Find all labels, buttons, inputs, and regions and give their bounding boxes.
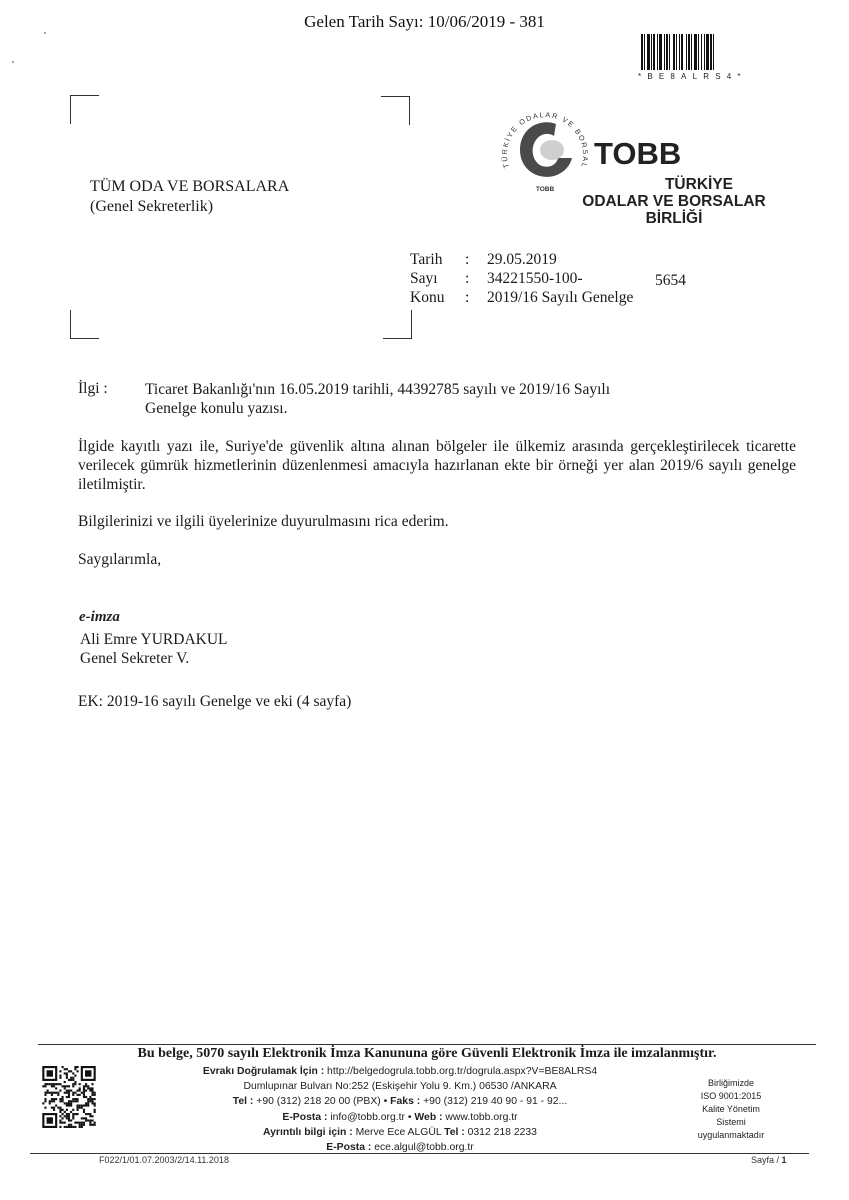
fax-value: +90 (312) 219 40 90 - 91 - 92...: [423, 1096, 567, 1107]
svg-text:TÜRKİYE ODALAR VE BORSALAR BİR: TÜRKİYE ODALAR VE BORSALAR BİRLİĞİ: [496, 100, 590, 170]
contact-email[interactable]: ece.algul@tobb.org.tr: [374, 1142, 474, 1153]
email-label: E-Posta :: [282, 1112, 330, 1123]
address-line: Dumlupınar Bulvarı No:252 (Eskişehir Yol…: [150, 1079, 650, 1094]
closing-salutation: Saygılarımla,: [78, 551, 161, 569]
contact-label: Ayrıntılı bilgi için :: [263, 1127, 356, 1138]
footer-divider-bottom: [30, 1153, 809, 1154]
fax-label: Faks :: [390, 1096, 423, 1107]
contact-person-line: Ayrıntılı bilgi için : Merve Ece ALGÜL T…: [150, 1125, 650, 1140]
barcode-text: *BE8ALRS4*: [638, 72, 766, 81]
address-corner-mark-bottom-right: [383, 310, 412, 339]
address-corner-mark-bottom-left: [70, 310, 99, 339]
scan-speck: [44, 32, 46, 34]
e-signature-legal-notice: Bu belge, 5070 sayılı Elektronik İmza Ka…: [38, 1046, 816, 1062]
e-signature-mark: e-imza: [79, 609, 120, 626]
page-label: Sayfa /: [751, 1155, 779, 1165]
email-value[interactable]: info@tobb.org.tr: [330, 1112, 408, 1123]
org-line-1: TÜRKİYE: [550, 176, 798, 193]
verify-url[interactable]: http://belgedogrula.tobb.org.tr/dogrula.…: [327, 1066, 597, 1077]
contact-tel: 0312 218 2233: [468, 1127, 537, 1138]
iso-line: Sistemi: [665, 1116, 797, 1129]
emblem-ring-text: TÜRKİYE ODALAR VE BORSALAR BİRLİĞİ: [496, 100, 590, 170]
meta-value-date: 29.05.2019: [487, 250, 557, 269]
attachment-note: EK: 2019-16 sayılı Genelge ve eki (4 say…: [78, 693, 351, 711]
contact-tel-label: Tel :: [444, 1127, 467, 1138]
reference-text: Ticaret Bakanlığı'nın 16.05.2019 tarihli…: [145, 380, 655, 418]
recipient-name: TÜM ODA VE BORSALARA: [90, 177, 289, 197]
recipient-department: (Genel Sekreterlik): [90, 197, 289, 217]
meta-value-number: 34221550-100-: [487, 269, 583, 288]
meta-row-subject: Konu : 2019/16 Sayılı Genelge: [410, 288, 633, 307]
meta-colon: :: [465, 269, 487, 288]
meta-value-subject: 2019/16 Sayılı Genelge: [487, 288, 633, 307]
meta-colon: :: [465, 250, 487, 269]
meta-row-number: Sayı : 34221550-100-: [410, 269, 633, 288]
signer-block: Ali Emre YURDAKUL Genel Sekreter V.: [80, 630, 228, 668]
meta-label: Konu: [410, 288, 465, 307]
reference-label: İlgi :: [78, 380, 108, 398]
scan-speck: [12, 61, 14, 63]
web-value[interactable]: www.tobb.org.tr: [445, 1112, 517, 1123]
tobb-wordmark: TOBB: [594, 136, 681, 172]
tel-label: Tel :: [233, 1096, 256, 1107]
verify-label: Evrakı Doğrulamak İçin :: [203, 1066, 327, 1077]
verify-line: Evrakı Doğrulamak İçin : http://belgedog…: [150, 1064, 650, 1079]
signer-name: Ali Emre YURDAKUL: [80, 630, 228, 649]
footer-divider-top: [38, 1044, 816, 1045]
iso-line: ISO 9001:2015: [665, 1090, 797, 1103]
iso-line: Kalite Yönetim: [665, 1103, 797, 1116]
signer-title: Genel Sekreter V.: [80, 649, 228, 668]
page-number: Sayfa / 1: [751, 1155, 787, 1165]
document-meta: Tarih : 29.05.2019 Sayı : 34221550-100- …: [410, 250, 633, 307]
organization-name: TÜRKİYE ODALAR VE BORSALAR BİRLİĞİ: [550, 176, 798, 227]
iso-certification-note: Birliğimizde ISO 9001:2015 Kalite Yöneti…: [665, 1077, 797, 1142]
barcode: [641, 34, 763, 70]
meta-row-date: Tarih : 29.05.2019: [410, 250, 633, 269]
incoming-date-stamp: Gelen Tarih Sayı: 10/06/2019 - 381: [0, 12, 849, 32]
meta-label: Tarih: [410, 250, 465, 269]
qr-code-icon: [42, 1066, 96, 1128]
form-code: F022/1/01.07.2003/2/14.11.2018: [99, 1155, 229, 1165]
contact-name: Merve Ece ALGÜL: [356, 1127, 445, 1138]
email-web-line: E-Posta : info@tobb.org.tr • Web : www.t…: [150, 1110, 650, 1125]
meta-label: Sayı: [410, 269, 465, 288]
footer-contact-block: Evrakı Doğrulamak İçin : http://belgedog…: [150, 1064, 650, 1155]
org-line-3: BİRLİĞİ: [550, 210, 798, 227]
meta-colon: :: [465, 288, 487, 307]
web-label: Web :: [414, 1112, 445, 1123]
phone-line: Tel : +90 (312) 218 20 00 (PBX) • Faks :…: [150, 1094, 650, 1109]
address-corner-mark-top-right: [381, 96, 410, 125]
page-value: 1: [782, 1155, 787, 1165]
iso-line: Birliğimizde: [665, 1077, 797, 1090]
tel-value: +90 (312) 218 20 00 (PBX): [256, 1096, 383, 1107]
recipient-block: TÜM ODA VE BORSALARA (Genel Sekreterlik): [90, 177, 289, 217]
document-number-suffix: 5654: [655, 272, 686, 290]
body-paragraph-2: Bilgilerinizi ve ilgili üyelerinize duyu…: [78, 513, 449, 531]
contact-email-label: E-Posta :: [326, 1142, 374, 1153]
address-corner-mark-top-left: [70, 95, 99, 124]
body-paragraph-1: İlgide kayıtlı yazı ile, Suriye'de güven…: [78, 437, 796, 494]
iso-line: uygulanmaktadır: [665, 1129, 797, 1142]
org-line-2: ODALAR VE BORSALAR: [550, 193, 798, 210]
